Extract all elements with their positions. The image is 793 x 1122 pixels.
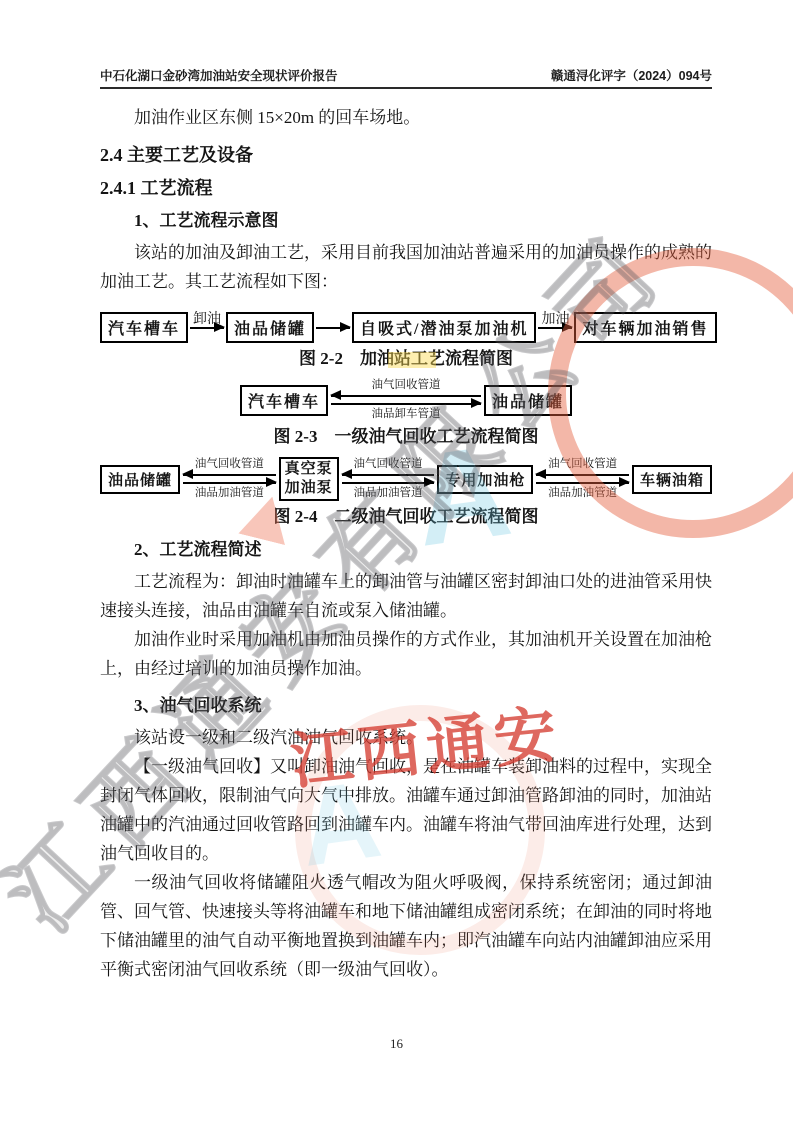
pipe-line-arrow-right (536, 482, 629, 484)
flow-box-storage-tank: 油品储罐 (226, 312, 314, 343)
arrow-label-refuel: 加油 (541, 308, 569, 328)
flow-arrow-plain (316, 327, 350, 329)
flow-box-tanker-truck: 汽车槽车 (100, 312, 188, 343)
pipe-line-arrow-left (342, 474, 435, 476)
pipe-label-fueling: 油品加油管道 (548, 487, 617, 500)
figure-2-3-caption: 图 2-3 一级油气回收工艺流程简图 (100, 425, 712, 449)
page-header: 中石化湖口金砂湾加油站安全现状评价报告 赣通浔化评字（2024）094号 (100, 66, 712, 89)
paragraph-fueling-operation: 加油作业时采用加油机由加油员操作的方式作业，其加油机开关设置在加油枪上，由经过培… (100, 625, 712, 683)
pipe-label-vapor-recovery: 油气回收管道 (353, 458, 422, 471)
page-number: 16 (0, 1036, 793, 1052)
pipe-line-arrow-right (183, 482, 276, 484)
subheading-flow-schematic: 1、工艺流程示意图 (100, 208, 712, 234)
paragraph-primary-recovery-details: 一级油气回收将储罐阻火透气帽改为阻火呼吸阀，保持系统密闭；通过卸油管、回气管、快… (100, 868, 712, 984)
box-line-fuel-pump: 加油泵 (285, 480, 333, 496)
flow-box-tanker-truck: 汽车槽车 (240, 385, 328, 416)
subheading-vapor-recovery-system: 3、油气回收系统 (100, 693, 712, 719)
flow-box-vehicle-sales: 对车辆加油销售 (574, 312, 716, 343)
header-doc-number: 赣通浔化评字（2024）094号 (551, 66, 712, 84)
pipe-label-vapor-recovery: 油气回收管道 (372, 379, 441, 392)
pipe-line-arrow-left (536, 474, 629, 476)
box-line-vacuum-pump: 真空泵 (285, 461, 333, 477)
paragraph-unloading-process: 工艺流程为：卸油时油罐车上的卸油管与油罐区密封卸油口处的进油管采用快速接头连接，… (100, 567, 712, 625)
pipe-connector: 油气回收管道 油品加油管道 (536, 458, 629, 500)
pipe-line-arrow-left (331, 395, 481, 397)
header-report-title: 中石化湖口金砂湾加油站安全现状评价报告 (100, 66, 338, 84)
pipe-label-vapor-recovery: 油气回收管道 (548, 458, 617, 471)
paragraph-system-levels: 该站设一级和二级汽油油气回收系统。 (100, 723, 712, 752)
pipe-label-fueling: 油品加油管道 (195, 487, 264, 500)
pipe-label-vapor-recovery: 油气回收管道 (195, 458, 264, 471)
flow-box-vehicle-fuel-tank: 车辆油箱 (632, 465, 712, 494)
figure-2-3-flow-diagram: 汽车槽车 油气回收管道 油品卸车管道 油品储罐 (100, 379, 712, 421)
pipe-connector: 油气回收管道 油品加油管道 (342, 458, 435, 500)
flow-arrow-unload: 卸油 (190, 327, 224, 329)
page-content: 中石化湖口金砂湾加油站安全现状评价报告 赣通浔化评字（2024）094号 加油作… (100, 66, 712, 984)
figure-2-2-flow-diagram: 汽车槽车 卸油 油品储罐 自吸式/潜油泵加油机 加油 对车辆加油销售 (100, 312, 712, 343)
pipe-label-fueling: 油品加油管道 (353, 487, 422, 500)
flow-arrow-refuel: 加油 (538, 327, 572, 329)
paragraph-process-overview: 该站的加油及卸油工艺，采用目前我国加油站普遍采用的加油员操作的成熟的加油工艺。其… (100, 238, 712, 296)
flow-box-storage-tank: 油品储罐 (100, 465, 180, 494)
figure-2-4-flow-diagram: 油品储罐 油气回收管道 油品加油管道 真空泵 加油泵 油气回收管道 油品加油管道… (100, 457, 712, 501)
subheading-process-description: 2、工艺流程简述 (100, 537, 712, 563)
document-page: 中石化湖口金砂湾加油站安全现状评价报告 赣通浔化评字（2024）094号 加油作… (0, 0, 793, 1122)
figure-2-4-caption: 图 2-4 二级油气回收工艺流程简图 (100, 505, 712, 529)
pipe-line-arrow-right (331, 403, 481, 405)
section-heading-2-4-1: 2.4.1 工艺流程 (100, 175, 712, 202)
pipe-line-arrow-right (342, 482, 435, 484)
pipe-line-arrow-left (183, 474, 276, 476)
flow-box-special-nozzle: 专用加油枪 (437, 465, 533, 494)
arrow-label-unload: 卸油 (193, 308, 221, 328)
flow-box-vacuum-pump-dispenser: 真空泵 加油泵 (279, 457, 339, 501)
flow-box-dispenser: 自吸式/潜油泵加油机 (352, 312, 536, 343)
pipe-label-unloading: 油品卸车管道 (372, 408, 441, 421)
paragraph-intro: 加油作业区东侧 15×20m 的回车场地。 (100, 103, 712, 132)
pipe-connector: 油气回收管道 油品卸车管道 (331, 379, 481, 421)
paragraph-primary-recovery-definition: 【一级油气回收】又叫卸油油气回收，是在油罐车装卸油料的过程中，实现全封闭气体回收… (100, 752, 712, 868)
section-heading-2-4: 2.4 主要工艺及设备 (100, 142, 712, 169)
figure-2-2-caption: 图 2-2 加油站工艺流程简图 (100, 347, 712, 371)
pipe-connector: 油气回收管道 油品加油管道 (183, 458, 276, 500)
flow-box-storage-tank: 油品储罐 (484, 385, 572, 416)
